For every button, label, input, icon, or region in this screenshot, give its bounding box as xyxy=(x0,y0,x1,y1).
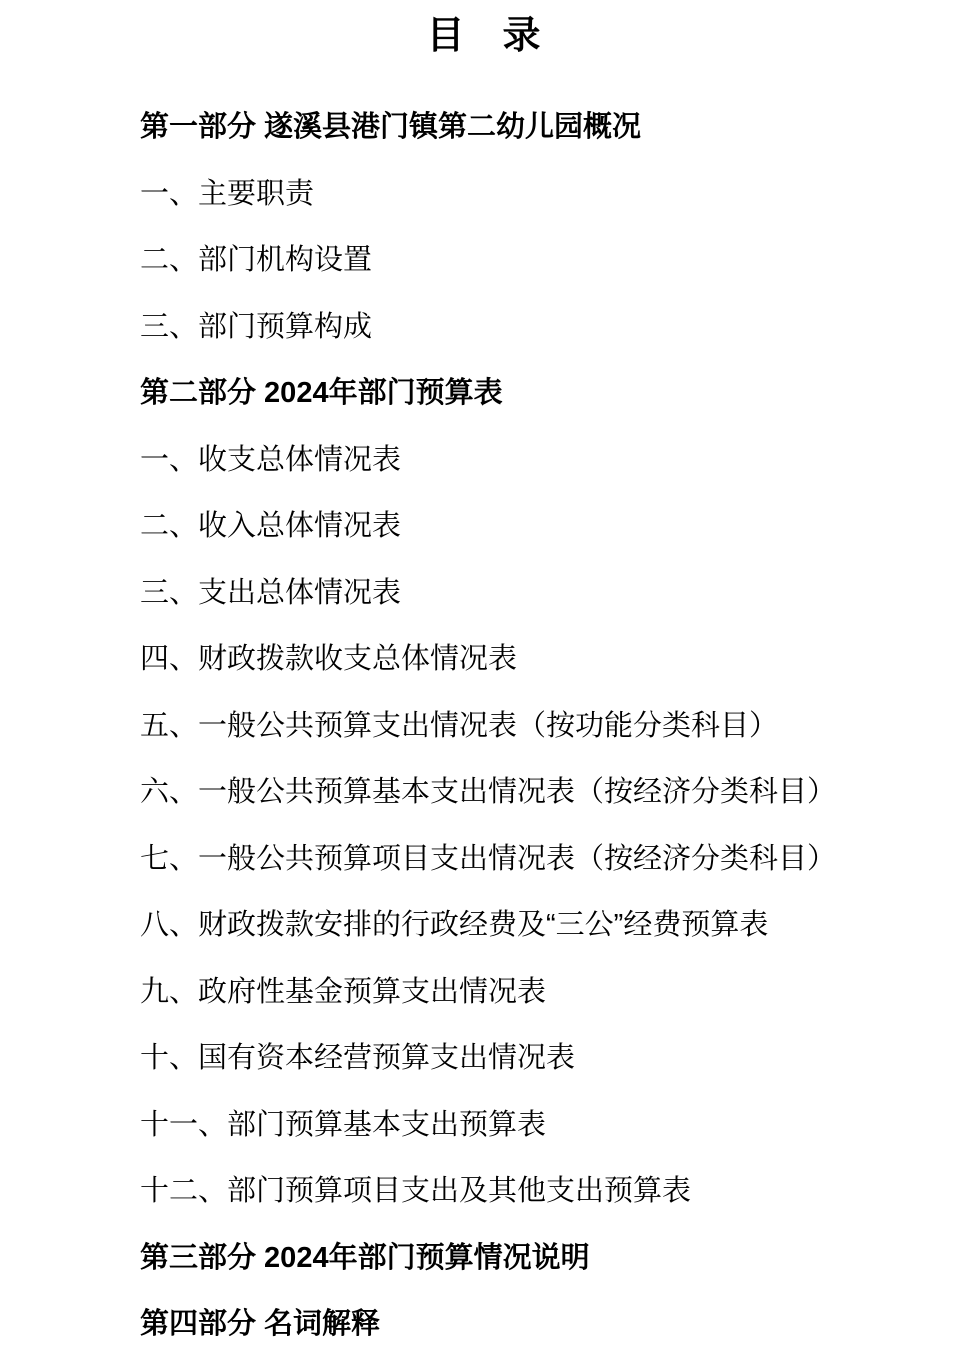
document-page: 目 录 第一部分 遂溪县港门镇第二幼儿园概况 一、主要职责 二、部门机构设置 三… xyxy=(0,0,967,1355)
toc-entry: 四、财政拨款收支总体情况表 xyxy=(140,626,967,693)
toc-entry: 十一、部门预算基本支出预算表 xyxy=(140,1092,967,1159)
toc-entry: 十二、部门预算项目支出及其他支出预算表 xyxy=(140,1158,967,1225)
toc-section-part1: 第一部分 遂溪县港门镇第二幼儿园概况 xyxy=(140,94,967,161)
toc-entry: 九、政府性基金预算支出情况表 xyxy=(140,959,967,1026)
toc-entry: 五、一般公共预算支出情况表（按功能分类科目） xyxy=(140,693,967,760)
toc-entry: 七、一般公共预算项目支出情况表（按经济分类科目） xyxy=(140,826,967,893)
toc-entry: 十、国有资本经营预算支出情况表 xyxy=(140,1025,967,1092)
toc-entry: 三、支出总体情况表 xyxy=(140,560,967,627)
toc-section-part2: 第二部分 2024年部门预算表 xyxy=(140,360,967,427)
toc-entry: 一、主要职责 xyxy=(140,161,967,228)
toc-section-part4: 第四部分 名词解释 xyxy=(140,1291,967,1355)
toc-entry: 二、部门机构设置 xyxy=(140,227,967,294)
toc-section-part3: 第三部分 2024年部门预算情况说明 xyxy=(140,1225,967,1292)
table-of-contents: 第一部分 遂溪县港门镇第二幼儿园概况 一、主要职责 二、部门机构设置 三、部门预… xyxy=(140,94,967,1355)
toc-entry: 八、财政拨款安排的行政经费及“三公”经费预算表 xyxy=(140,892,967,959)
toc-entry: 六、一般公共预算基本支出情况表（按经济分类科目） xyxy=(140,759,967,826)
toc-entry: 二、收入总体情况表 xyxy=(140,493,967,560)
page-title: 目 录 xyxy=(0,0,967,62)
toc-entry: 一、收支总体情况表 xyxy=(140,427,967,494)
toc-entry: 三、部门预算构成 xyxy=(140,294,967,361)
